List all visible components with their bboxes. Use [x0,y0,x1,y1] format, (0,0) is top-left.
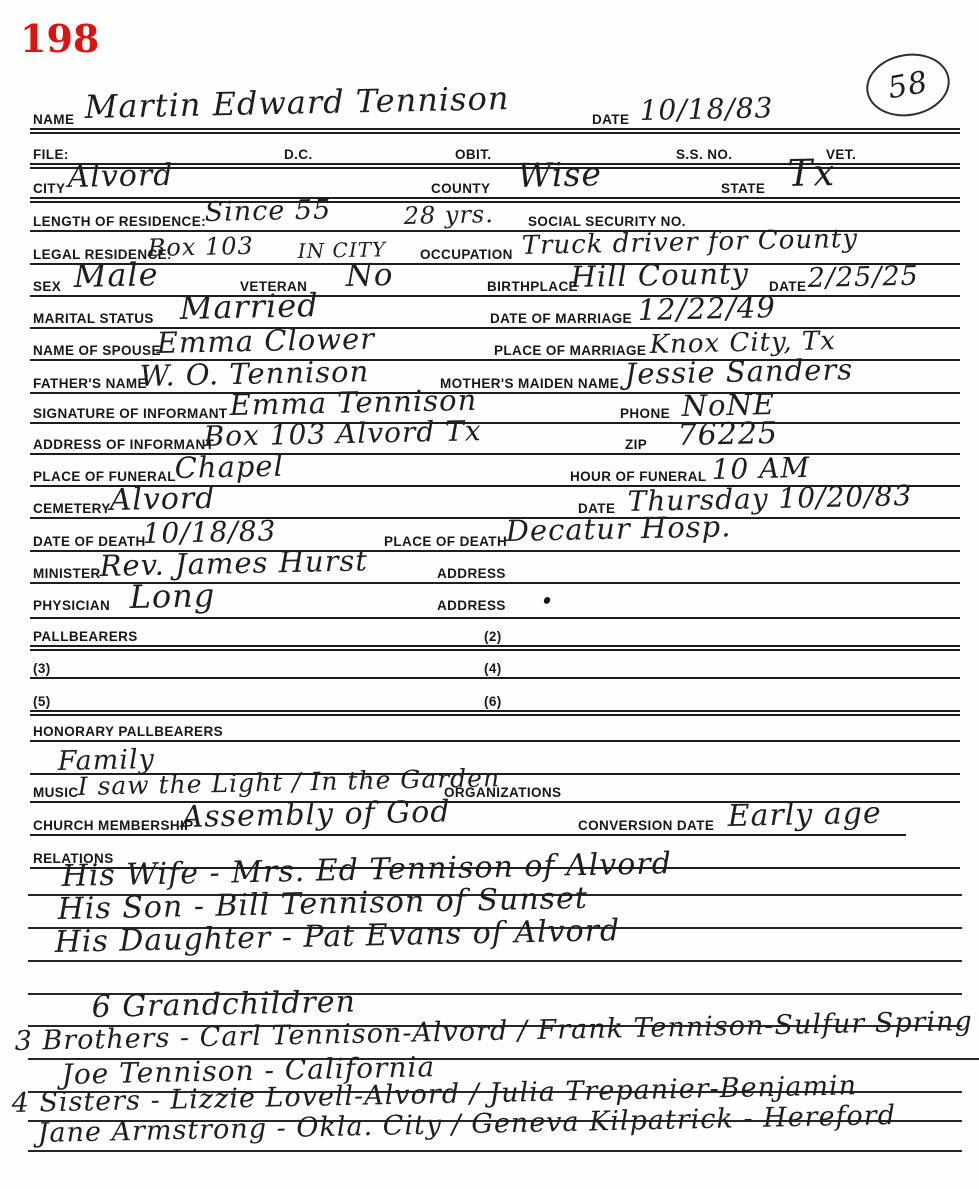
rule-line [30,617,960,619]
residence-length-label: LENGTH OF RESIDENCE: [33,214,206,229]
death-place-label: PLACE OF DEATH [384,534,507,549]
father-name-label: FATHER'S NAME [33,376,147,391]
county-value: Wise [517,154,602,195]
state-value: Tx [787,151,835,195]
residence-years-value: 28 yrs. [403,200,494,230]
rule-line [30,295,960,297]
occupation-label: OCCUPATION [420,247,513,262]
cemetery-label: CEMETERY [33,501,111,516]
spouse-label: NAME OF SPOUSE [33,343,161,358]
state-label: STATE [721,181,765,196]
phone-label: PHONE [620,406,670,421]
county-label: COUNTY [431,181,490,196]
mother-maiden-name-value: Jessie Sanders [624,352,853,391]
pallbearer-slot-4-label: (4) [484,661,502,676]
rule-line [30,834,906,836]
obit-label: OBIT. [455,147,492,162]
funeral-hour-label: HOUR OF FUNERAL [570,469,707,484]
physician-address-label: ADDRESS [437,598,506,613]
rule-line [30,740,960,742]
zip-value: 76225 [677,416,778,453]
rule-line [28,1150,962,1152]
death-date-label: DATE OF DEATH [33,534,146,549]
file-label: FILE: [33,147,69,162]
legal-residence-value: Box 103 [147,232,254,262]
dc-label: D.C. [284,147,313,162]
rule-line [30,422,960,424]
birthplace-label: BIRTHPLACE [487,279,578,294]
name-label: NAME [33,112,74,127]
veteran-value: No [345,257,394,294]
rule-line [28,960,962,962]
organizations-label: ORGANIZATIONS [444,785,561,800]
birth-date-value: 2/25/25 [807,261,919,294]
church-membership-value: Assembly of God [181,794,451,835]
page-number: 198 [20,16,99,61]
cemetery-value: Alvord [109,481,216,518]
funeral-record-sheet: 198 58 NAME Martin Edward Tennison DATE … [0,0,979,1189]
pallbearer-slot-6-label: (6) [484,694,502,709]
rule-line [30,128,960,130]
informant-address-value: Box 103 Alvord Tx [203,414,482,453]
name-date-value: 10/18/83 [639,91,773,127]
conversion-date-value: Early age [727,796,882,834]
honorary-pallbearers-label: HONORARY PALLBEARERS [33,724,223,739]
zip-label: ZIP [625,437,647,452]
death-place-value: Decatur Hosp. [505,509,731,548]
minister-label: MINISTER [33,566,101,581]
church-membership-label: CHURCH MEMBERSHIP [33,818,194,833]
pallbearers-label: PALLBEARERS [33,629,138,644]
city-label: CITY [33,181,65,196]
sex-value: Male [73,255,159,295]
rule-line [30,453,960,455]
name-date-label: DATE [592,112,629,127]
minister-address-label: ADDRESS [437,566,506,581]
marital-status-value: Married [179,286,319,327]
pallbearer-slot-5-label: (5) [33,694,51,709]
informant-signature-label: SIGNATURE OF INFORMANT [33,406,228,421]
residence-length-value: Since 55 [204,194,331,228]
rule-line [30,710,960,712]
rule-line [30,677,960,679]
funeral-place-value: Chapel [174,449,284,485]
marital-status-label: MARITAL STATUS [33,311,154,326]
physician-value: Long [129,576,215,616]
death-date-value: 10/18/83 [142,514,276,550]
marriage-date-value: 12/22/49 [637,290,776,327]
circled-index-number: 58 [861,47,954,123]
ssn-label: SOCIAL SECURITY NO. [528,214,686,229]
ssno-label: S.S. NO. [676,147,732,162]
birthplace-value: Hill County [570,256,749,294]
occupation-value: Truck driver for County [521,224,858,261]
music-label: MUSIC [33,785,79,800]
rule-line [30,645,960,647]
physician-label: PHYSICIAN [33,598,110,613]
name-value: Martin Edward Tennison [84,79,510,126]
circled-index-number-value: 58 [885,64,931,105]
pallbearer-slot-2-label: (2) [484,629,502,644]
ink-dot [543,596,551,605]
rule-line [30,197,960,199]
city-value: Alvord [67,158,174,195]
marriage-date-label: DATE OF MARRIAGE [490,311,632,326]
pallbearer-slot-3-label: (3) [33,661,51,676]
marriage-place-label: PLACE OF MARRIAGE [494,343,646,358]
sex-label: SEX [33,279,61,294]
conversion-date-label: CONVERSION DATE [578,818,714,833]
